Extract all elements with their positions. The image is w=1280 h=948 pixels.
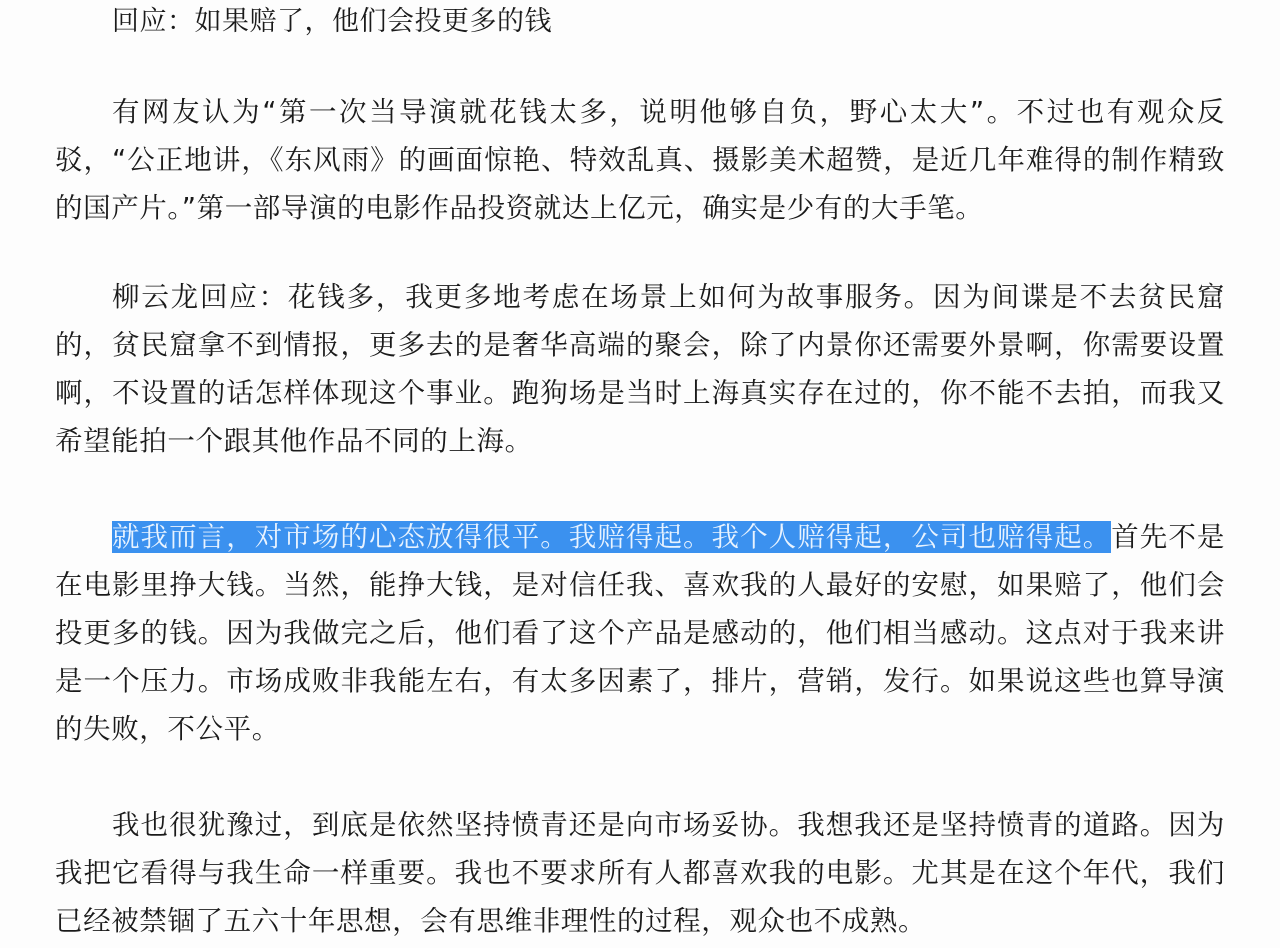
section-heading: 回应：如果赔了，他们会投更多的钱 [112,0,552,44]
selected-text-highlight[interactable]: 就我而言，对市场的心态放得很平。我赔得起。我个人赔得起，公司也赔得起。 [112,521,1111,553]
paragraph-3[interactable]: 就我而言，对市场的心态放得很平。我赔得起。我个人赔得起，公司也赔得起。首先不是在… [55,513,1225,753]
paragraph-4-text: 我也很犹豫过，到底是依然坚持愤青还是向市场妥协。我想我还是坚持愤青的道路。因为我… [55,809,1225,937]
paragraph-1[interactable]: 有网友认为“第一次当导演就花钱太多，说明他够自负，野心太大”。不过也有观众反驳，… [55,88,1225,232]
paragraph-2[interactable]: 柳云龙回应：花钱多，我更多地考虑在场景上如何为故事服务。因为间谍是不去贫民窟的，… [55,273,1225,465]
paragraph-2-text: 柳云龙回应：花钱多，我更多地考虑在场景上如何为故事服务。因为间谍是不去贫民窟的，… [55,281,1225,457]
paragraph-1-text: 有网友认为“第一次当导演就花钱太多，说明他够自负，野心太大”。不过也有观众反驳，… [55,96,1225,224]
paragraph-4[interactable]: 我也很犹豫过，到底是依然坚持愤青还是向市场妥协。我想我还是坚持愤青的道路。因为我… [55,801,1225,945]
paragraph-3-text: 首先不是在电影里挣大钱。当然，能挣大钱，是对信任我、喜欢我的人最好的安慰，如果赔… [55,521,1225,745]
